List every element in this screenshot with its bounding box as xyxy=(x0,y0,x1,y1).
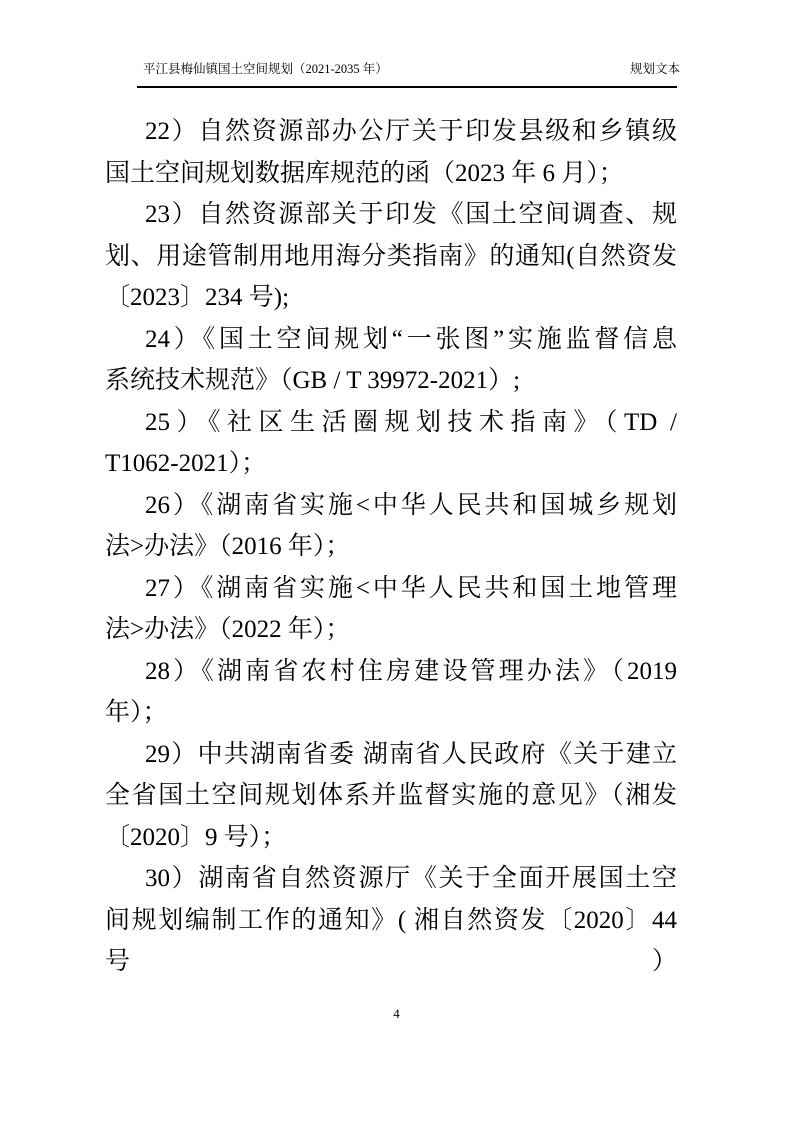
header-divider xyxy=(137,86,677,88)
document-page: 平江县梅仙镇国土空间规划（2021-2035 年） 规划文本 22）自然资源部办… xyxy=(0,0,793,1122)
paragraph-line: 27）《湖南省实施<中华人民共和国土地管理 xyxy=(105,568,677,610)
paragraph-line: 法>办法》（2016 年）； xyxy=(105,526,677,568)
paragraph-line: 23）自然资源部关于印发《国土空间调查、规 xyxy=(105,194,677,236)
header-doc-type: 规划文本 xyxy=(630,62,680,77)
paragraph: 27）《湖南省实施<中华人民共和国土地管理法>办法》（2022 年）； xyxy=(105,568,677,651)
paragraph: 23）自然资源部关于印发《国土空间调查、规划、用途管制用地用海分类指南》的通知(… xyxy=(105,194,677,319)
paragraph-line: 25）《社区生活圈规划技术指南》（TD / xyxy=(105,402,677,444)
paragraph: 26）《湖南省实施<中华人民共和国城乡规划法>办法》（2016 年）； xyxy=(105,485,677,568)
paragraph: 22）自然资源部办公厅关于印发县级和乡镇级国土空间规划数据库规范的函（2023 … xyxy=(105,111,677,194)
paragraph-line: 国土空间规划数据库规范的函（2023 年 6 月）； xyxy=(105,153,677,195)
paragraph-line: 〔2023〕234 号); xyxy=(105,277,677,319)
paragraph-line: 24）《国土空间规划“一张图”实施监督信息 xyxy=(105,319,677,361)
paragraph-line: 22）自然资源部办公厅关于印发县级和乡镇级 xyxy=(105,111,677,153)
header-title: 平江县梅仙镇国土空间规划（2021-2035 年） xyxy=(143,62,388,77)
page-number: 4 xyxy=(0,1006,793,1022)
paragraph: 30）湖南省自然资源厅《关于全面开展国土空间规划编制工作的通知》( 湘自然资发〔… xyxy=(105,858,677,983)
paragraph-line: 年）； xyxy=(105,692,677,734)
paragraph: 25）《社区生活圈规划技术指南》（TD /T1062-2021）； xyxy=(105,402,677,485)
paragraph: 24）《国土空间规划“一张图”实施监督信息系统技术规范》（GB / T 3997… xyxy=(105,319,677,402)
paragraph: 28）《湖南省农村住房建设管理办法》（2019年）； xyxy=(105,651,677,734)
paragraph-line: 法>办法》（2022 年）； xyxy=(105,609,677,651)
paragraph-line: 26）《湖南省实施<中华人民共和国城乡规划 xyxy=(105,485,677,527)
paragraph-line: 系统技术规范》（GB / T 39972-2021）; xyxy=(105,360,677,402)
paragraph-line: 间规划编制工作的通知》( 湘自然资发〔2020〕44 号） xyxy=(105,900,677,983)
paragraph-line: 〔2020〕9 号）； xyxy=(105,817,677,859)
paragraph-line: T1062-2021）； xyxy=(105,443,677,485)
paragraph-line: 划、用途管制用地用海分类指南》的通知(自然资发 xyxy=(105,236,677,278)
paragraph: 29）中共湖南省委 湖南省人民政府《关于建立全省国土空间规划体系并监督实施的意见… xyxy=(105,734,677,859)
paragraph-line: 30）湖南省自然资源厅《关于全面开展国土空 xyxy=(105,858,677,900)
document-body: 22）自然资源部办公厅关于印发县级和乡镇级国土空间规划数据库规范的函（2023 … xyxy=(105,111,677,983)
paragraph-line: 29）中共湖南省委 湖南省人民政府《关于建立 xyxy=(105,734,677,776)
paragraph-line: 28）《湖南省农村住房建设管理办法》（2019 xyxy=(105,651,677,693)
paragraph-line: 全省国土空间规划体系并监督实施的意见》（湘发 xyxy=(105,775,677,817)
